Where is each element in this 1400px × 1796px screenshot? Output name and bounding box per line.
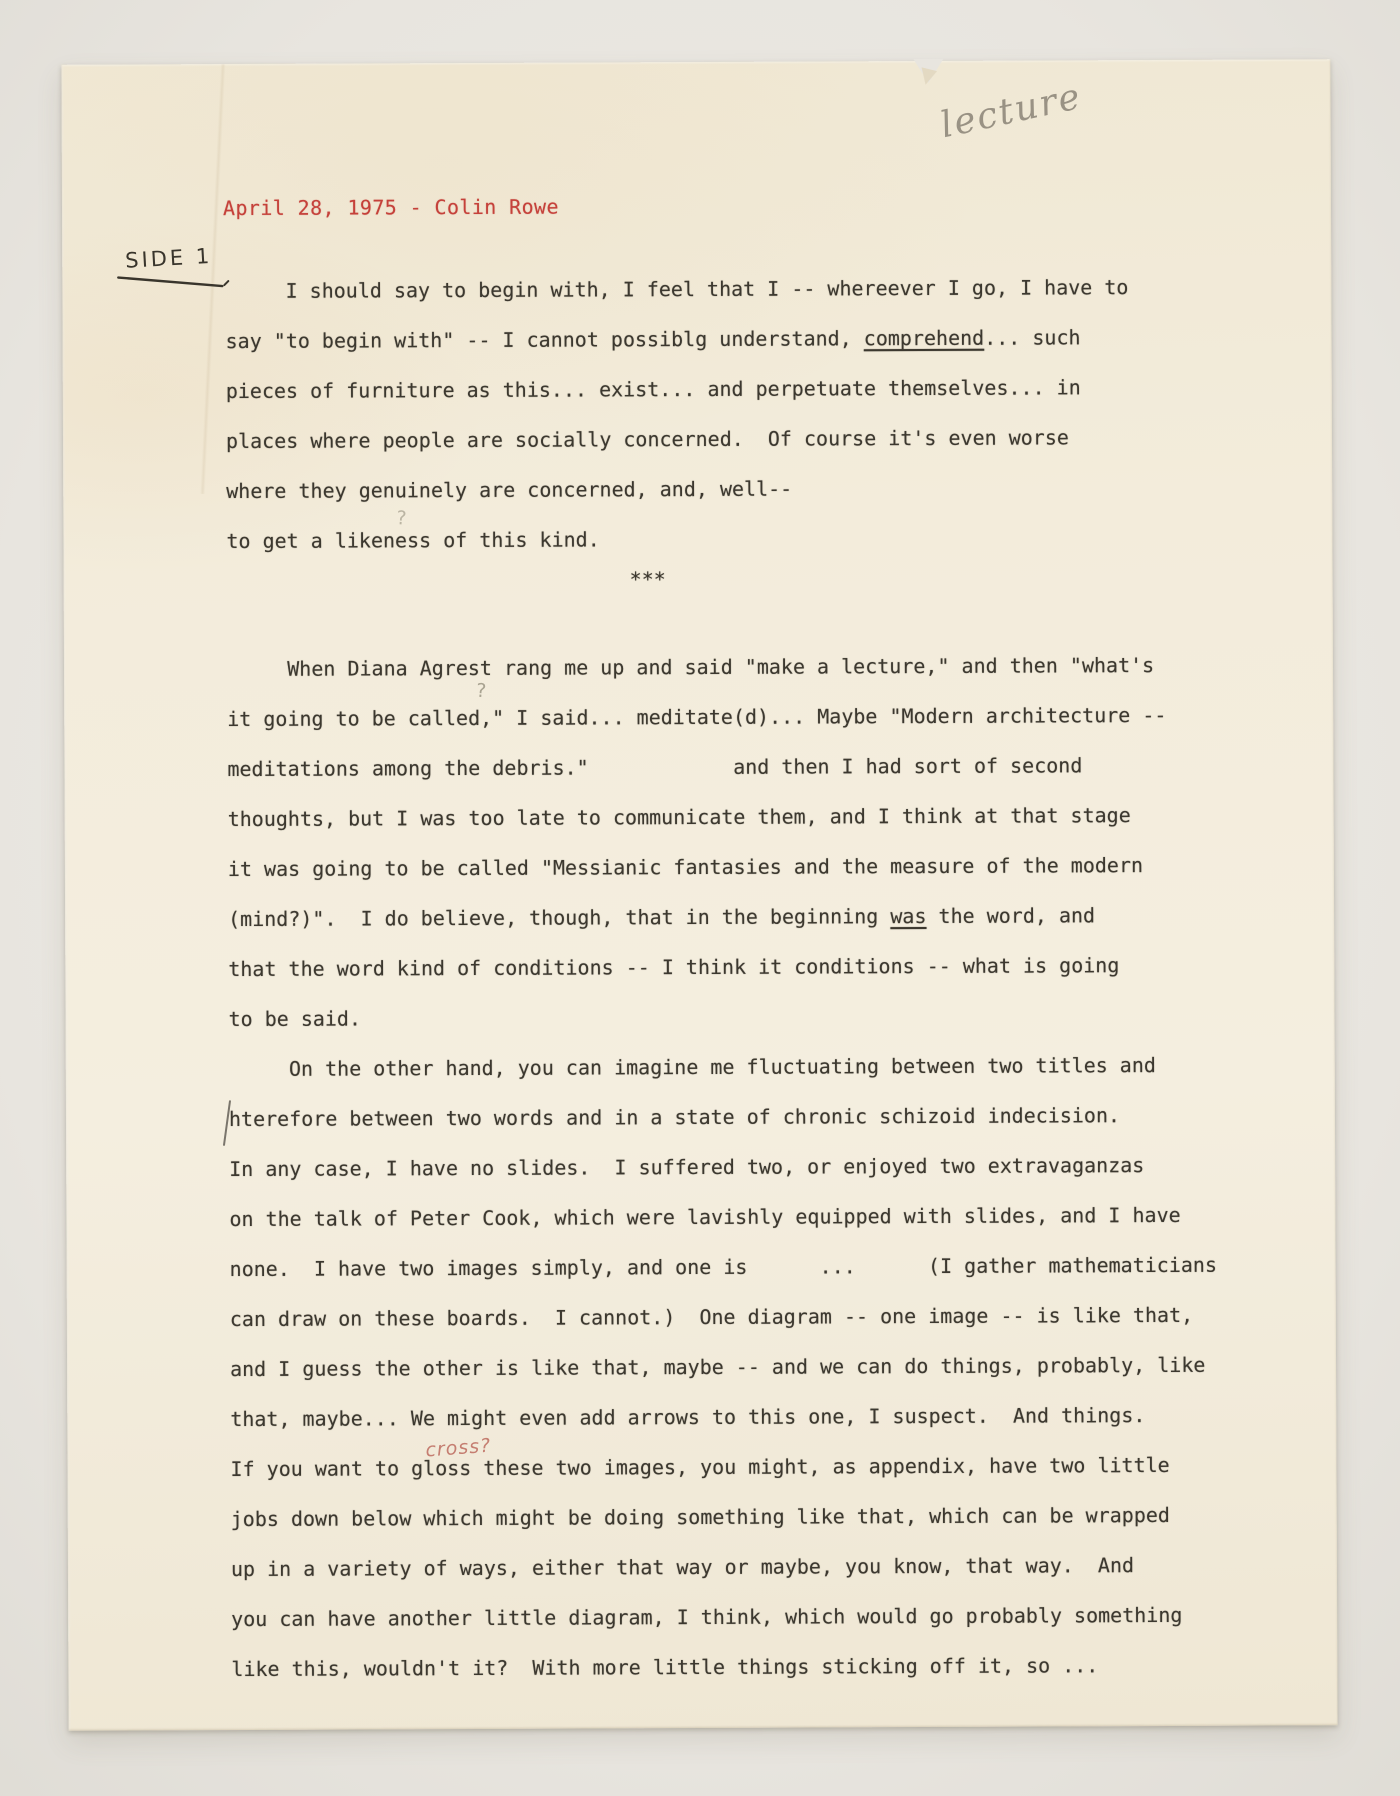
typewritten-line: like this, wouldn't it? With more little… xyxy=(231,1639,1291,1694)
paragraph-3: On the other hand, you can imagine me fl… xyxy=(229,1039,1292,1694)
typewritten-line: meditations among the debris." and then … xyxy=(227,739,1287,794)
typewritten-line: hterefore between two words and in a sta… xyxy=(229,1089,1289,1144)
typewritten-line: you can have another little diagram, I t… xyxy=(231,1589,1291,1644)
typewritten-line: that, maybe... We might even add arrows … xyxy=(230,1389,1290,1444)
paper-tear-flap xyxy=(918,67,937,86)
line-text: (mind?)". I do believe, though, that in … xyxy=(228,904,890,931)
typewritten-line: places where people are socially concern… xyxy=(226,411,1286,466)
paragraph-2: When Diana Agrest rang me up and said "m… xyxy=(227,639,1289,1044)
line-text: ... such xyxy=(984,325,1080,349)
typewritten-line: pieces of furniture as this... exist... … xyxy=(226,361,1286,416)
typewritten-line: to get a likeness of this kind. xyxy=(226,511,1286,566)
lecture-pencil-annotation: lecture xyxy=(937,76,1086,146)
typewritten-line: that the word kind of conditions -- I th… xyxy=(228,939,1288,994)
typewritten-line: When Diana Agrest rang me up and said "m… xyxy=(227,639,1287,694)
typewritten-line: In any case, I have no slides. I suffere… xyxy=(229,1139,1289,1194)
typewritten-line: (mind?)". I do believe, though, that in … xyxy=(228,889,1288,944)
typewritten-line: none. I have two images simply, and one … xyxy=(230,1239,1290,1294)
underlined-word: was xyxy=(890,904,926,928)
typewritten-line: up in a variety of ways, either that way… xyxy=(231,1539,1291,1594)
paper-sheet: lecture April 28, 1975 - Colin Rowe SIDE… xyxy=(61,59,1337,1731)
line-text: say "to begin with" -- I cannot possiblg… xyxy=(226,326,864,353)
typewritten-line: jobs down below which might be doing som… xyxy=(231,1489,1291,1544)
typewritten-line: it was going to be called "Messianic fan… xyxy=(228,839,1288,894)
document-title: April 28, 1975 - Colin Rowe xyxy=(223,195,559,220)
typewritten-line: and I guess the other is like that, mayb… xyxy=(230,1339,1290,1394)
scan-background: lecture April 28, 1975 - Colin Rowe SIDE… xyxy=(0,0,1400,1796)
typewritten-line: it going to be called," I said... medita… xyxy=(227,689,1287,744)
paragraph-1: I should say to begin with, I feel that … xyxy=(225,261,1286,566)
typewritten-line: I should say to begin with, I feel that … xyxy=(225,261,1285,316)
typewritten-line: where they genuinely are concerned, and,… xyxy=(226,461,1286,516)
typewritten-line: say "to begin with" -- I cannot possiblg… xyxy=(225,311,1285,366)
line-text: the word, and xyxy=(926,903,1095,928)
typewritten-line: on the talk of Peter Cook, which were la… xyxy=(229,1189,1289,1244)
underlined-word: comprehend xyxy=(864,326,985,351)
typewritten-line: thoughts, but I was too late to communic… xyxy=(228,789,1288,844)
typewritten-line: can draw on these boards. I cannot.) One… xyxy=(230,1289,1290,1344)
section-separator: *** xyxy=(630,567,710,591)
typewritten-line: to be said. xyxy=(228,989,1288,1044)
typewritten-line: If you want to gloss these two images, y… xyxy=(230,1439,1290,1494)
typewritten-line: On the other hand, you can imagine me fl… xyxy=(229,1039,1289,1094)
